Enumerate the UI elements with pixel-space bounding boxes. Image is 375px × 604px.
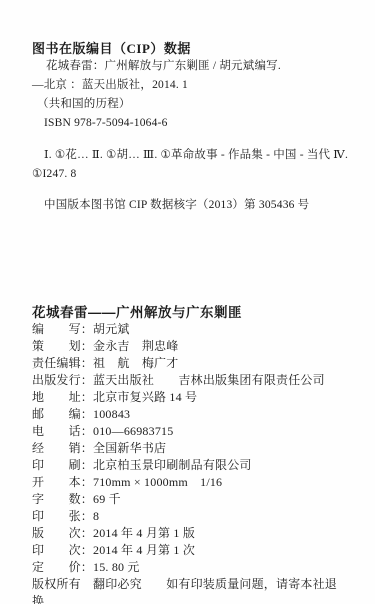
colophon-value: 100843 xyxy=(93,407,130,421)
colophon-label: 编 写： xyxy=(32,321,93,338)
colophon-entry-edition: 版 次：2014 年 4 月第 1 版 xyxy=(32,525,349,542)
colophon-entry-sheets: 印 张：8 xyxy=(32,508,349,525)
colophon-value: 全国新华书店 xyxy=(93,441,166,455)
colophon-value: 69 千 xyxy=(93,492,121,506)
colophon-label: 定 价： xyxy=(32,559,93,576)
colophon-value: 蓝天出版社 吉林出版集团有限责任公司 xyxy=(93,373,325,387)
cip-classification-line1: Ⅰ. ①花… Ⅱ. ①胡… Ⅲ. ①革命故事 - 作品集 - 中国 - 当代 Ⅳ… xyxy=(32,146,349,165)
colophon-section: 花城春雷——广州解放与广东剿匪 编 写：胡元斌 策 划：金永吉 荆忠峰 责任编辑… xyxy=(32,301,349,604)
book-title: 花城春雷——广州解放与广东剿匪 xyxy=(32,301,349,321)
colophon-value: 北京柏玉景印刷制品有限公司 xyxy=(93,458,252,472)
cip-series-note: （共和国的历程） xyxy=(32,95,349,114)
colophon-label: 印 刷： xyxy=(32,457,93,474)
colophon-value: 710mm × 1000mm 1/16 xyxy=(93,475,222,489)
colophon-label: 策 划： xyxy=(32,338,93,355)
cip-description-line2: —北京 ：蓝天出版社，2014. 1 xyxy=(32,76,349,95)
colophon-label: 经 销： xyxy=(32,440,93,457)
colophon-entry-distributor: 经 销：全国新华书店 xyxy=(32,440,349,457)
book-copyright-page: 图书在版编目（CIP）数据 花城春雷：广州解放与广东剿匪 / 胡元斌编写. —北… xyxy=(0,0,375,604)
colophon-label: 电 话： xyxy=(32,423,93,440)
cip-header: 图书在版编目（CIP）数据 xyxy=(32,38,349,57)
colophon-entry-format: 开 本：710mm × 1000mm 1/16 xyxy=(32,474,349,491)
colophon-entry-address: 地 址：北京市复兴路 14 号 xyxy=(32,389,349,406)
copyright-notice: 版权所有 翻印必究 如有印装质量问题，请寄本社退换 xyxy=(32,576,349,604)
colophon-value: 祖 航 梅广才 xyxy=(93,356,178,370)
colophon-value: 8 xyxy=(93,509,99,523)
colophon-label: 印 次： xyxy=(32,542,93,559)
colophon-entry-writer: 编 写：胡元斌 xyxy=(32,321,349,338)
colophon-label: 地 址： xyxy=(32,389,93,406)
colophon-entry-price: 定 价：15. 80 元 xyxy=(32,559,349,576)
colophon-entry-editor: 责任编辑：祖 航 梅广才 xyxy=(32,355,349,372)
cip-classification-line2: ①I247. 8 xyxy=(32,165,349,184)
colophon-value: 15. 80 元 xyxy=(93,560,140,574)
colophon-value: 胡元斌 xyxy=(93,322,130,336)
colophon-entry-postcode: 邮 编：100843 xyxy=(32,406,349,423)
colophon-value: 金永吉 荆忠峰 xyxy=(93,339,178,353)
colophon-entry-wordcount: 字 数：69 千 xyxy=(32,491,349,508)
colophon-value: 2014 年 4 月第 1 版 xyxy=(93,526,195,540)
colophon-entry-printer: 印 刷：北京柏玉景印刷制品有限公司 xyxy=(32,457,349,474)
cip-isbn: ISBN 978-7-5094-1064-6 xyxy=(32,114,349,133)
colophon-entry-phone: 电 话：010—66983715 xyxy=(32,423,349,440)
colophon-label: 邮 编： xyxy=(32,406,93,423)
colophon-label: 版 次： xyxy=(32,525,93,542)
colophon-value: 2014 年 4 月第 1 次 xyxy=(93,543,195,557)
colophon-label: 出版发行： xyxy=(32,372,93,389)
colophon-entry-impression: 印 次：2014 年 4 月第 1 次 xyxy=(32,542,349,559)
colophon-label: 印 张： xyxy=(32,508,93,525)
colophon-value: 010—66983715 xyxy=(93,424,173,438)
colophon-label: 开 本： xyxy=(32,474,93,491)
colophon-entry-planner: 策 划：金永吉 荆忠峰 xyxy=(32,338,349,355)
colophon-value: 北京市复兴路 14 号 xyxy=(93,390,197,404)
colophon-entry-publisher: 出版发行：蓝天出版社 吉林出版集团有限责任公司 xyxy=(32,372,349,389)
cip-registry-number: 中国版本图书馆 CIP 数据核字（2013）第 305436 号 xyxy=(32,196,349,215)
colophon-label: 责任编辑： xyxy=(32,355,93,372)
cip-section: 图书在版编目（CIP）数据 花城春雷：广州解放与广东剿匪 / 胡元斌编写. —北… xyxy=(32,38,349,215)
colophon-label: 字 数： xyxy=(32,491,93,508)
cip-description-line1: 花城春雷：广州解放与广东剿匪 / 胡元斌编写. xyxy=(32,57,349,76)
